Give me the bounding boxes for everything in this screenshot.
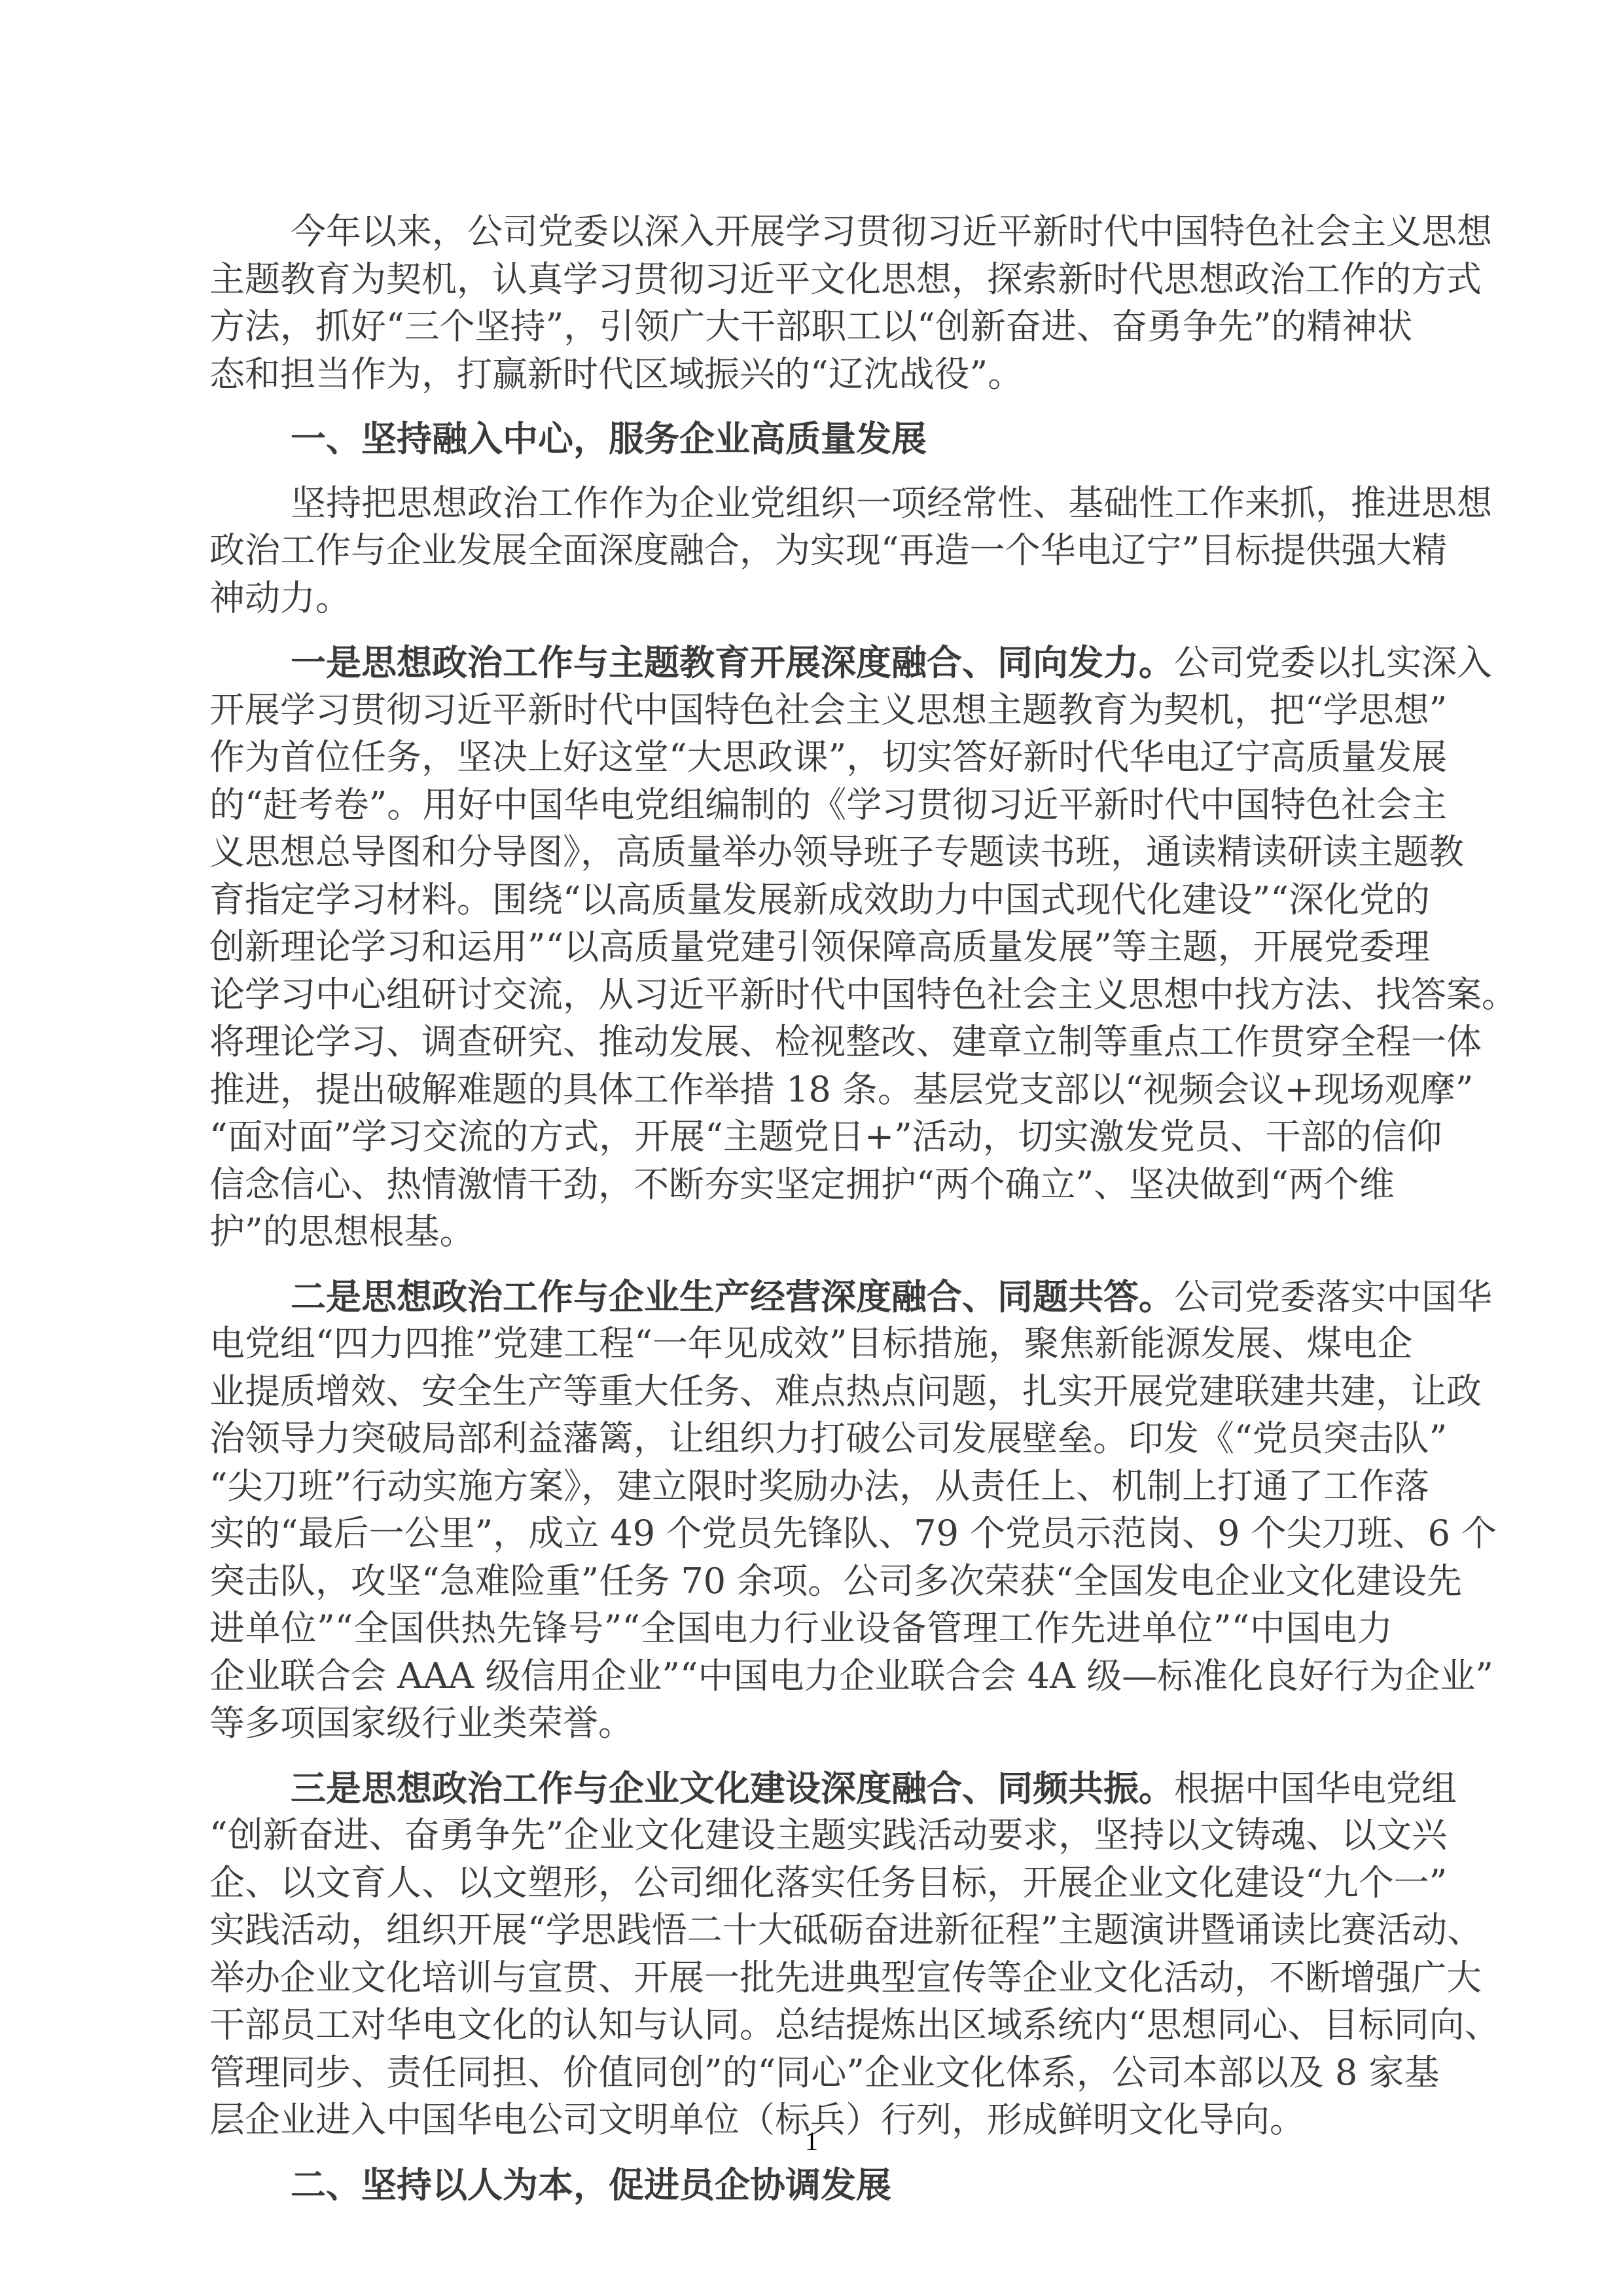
text-line: 创新理论学习和运用”“以高质量党建引领保障高质量发展”等主题，开展党委理 bbox=[209, 924, 1393, 971]
text-line: 态和担当作为，打赢新时代区域振兴的“辽沈战役”。 bbox=[209, 351, 1393, 399]
text-line: 三是思想政治工作与企业文化建设深度融合、同频共振。根据中国华电党组 bbox=[209, 1765, 1393, 1812]
text-line: 电党组“四力四推”党建工程“一年见成效”目标措施，聚焦新能源发展、煤电企 bbox=[209, 1320, 1393, 1368]
text-line: 推进，提出破解难题的具体工作举措 18 条。基层党支部以“视频会议+现场观摩” bbox=[209, 1066, 1393, 1114]
lead-sentence: 三是思想政治工作与企业文化建设深度融合、同频共振。 bbox=[291, 1767, 1174, 1809]
text-line: 举办企业文化培训与宣贯、开展一批先进典型宣传等企业文化活动，不断增强广大 bbox=[209, 1954, 1393, 2002]
text-line: 干部员工对华电文化的认知与认同。总结提炼出区域系统内“思想同心、目标同向、 bbox=[209, 2001, 1393, 2049]
body-text: 今年以来，公司党委以深入开展学习贯彻习近平新时代中国特色社会主义思想 主题教育为… bbox=[209, 208, 1393, 2208]
point-one-paragraph: 一是思想政治工作与主题教育开展深度融合、同向发力。公司党委以扎实深入 开展学习贯… bbox=[209, 639, 1393, 1256]
heading-text: 一、坚持融入中心，服务企业高质量发展 bbox=[209, 415, 1393, 463]
text-line: 论学习中心组研讨交流，从习近平新时代中国特色社会主义思想中找方法、找答案。 bbox=[209, 971, 1393, 1019]
text-line: 坚持把思想政治工作作为企业党组织一项经常性、基础性工作来抓，推进思想 bbox=[209, 480, 1393, 528]
text-line: “创新奋进、奋勇争先”企业文化建设主题实践活动要求，坚持以文铸魂、以文兴 bbox=[209, 1812, 1393, 1859]
text-line: 实践活动，组织开展“学思践悟二十大砥砺奋进新征程”主题演讲暨诵读比赛活动、 bbox=[209, 1907, 1393, 1954]
heading-text: 二、坚持以人为本，促进员企协调发展 bbox=[209, 2161, 1393, 2209]
text-line: 一是思想政治工作与主题教育开展深度融合、同向发力。公司党委以扎实深入 bbox=[209, 639, 1393, 687]
page-number: 1 bbox=[0, 2126, 1623, 2157]
text-line: 治领导力突破局部利益藩篱，让组织力打破公司发展壁垒。印发《“党员突击队” bbox=[209, 1415, 1393, 1463]
text-line: 方法，抓好“三个坚持”，引领广大干部职工以“创新奋进、奋勇争先”的精神状 bbox=[209, 303, 1393, 351]
text-line: 主题教育为契机，认真学习贯彻习近平文化思想，探索新时代思想政治工作的方式 bbox=[209, 256, 1393, 304]
intro-paragraph: 今年以来，公司党委以深入开展学习贯彻习近平新时代中国特色社会主义思想 主题教育为… bbox=[209, 208, 1393, 398]
text-line: 企、以文育人、以文塑形，公司细化落实任务目标，开展企业文化建设“九个一” bbox=[209, 1859, 1393, 1907]
text-line: 开展学习贯彻习近平新时代中国特色社会主义思想主题教育为契机，把“学思想” bbox=[209, 687, 1393, 734]
text-line: 实的“最后一公里”，成立 49 个党员先锋队、79 个党员示范岗、9 个尖刀班、… bbox=[209, 1510, 1393, 1558]
text-run: 公司党委落实中国华 bbox=[1174, 1276, 1492, 1318]
section-heading-2: 二、坚持以人为本，促进员企协调发展 bbox=[209, 2161, 1393, 2209]
text-line: 进单位”“全国供热先锋号”“全国电力行业设备管理工作先进单位”“中国电力 bbox=[209, 1605, 1393, 1653]
text-line: “面对面”学习交流的方式，开展“主题党日+”活动，切实激发党员、干部的信仰 bbox=[209, 1113, 1393, 1161]
text-line: 业提质增效、安全生产等重大任务、难点热点问题，扎实开展党建联建共建，让政 bbox=[209, 1368, 1393, 1416]
text-run: 公司党委以扎实深入 bbox=[1174, 642, 1492, 683]
text-line: 企业联合会 AAA 级信用企业”“中国电力企业联合会 4A 级—标准化良好行为企… bbox=[209, 1653, 1393, 1700]
document-page: 今年以来，公司党委以深入开展学习贯彻习近平新时代中国特色社会主义思想 主题教育为… bbox=[0, 0, 1623, 2296]
lead-sentence: 二是思想政治工作与企业生产经营深度融合、同题共答。 bbox=[291, 1276, 1174, 1318]
point-three-paragraph: 三是思想政治工作与企业文化建设深度融合、同频共振。根据中国华电党组 “创新奋进、… bbox=[209, 1765, 1393, 2144]
text-line: 等多项国家级行业类荣誉。 bbox=[209, 1700, 1393, 1748]
text-line: 义思想总导图和分导图》，高质量举办领导班子专题读书班，通读精读研读主题教 bbox=[209, 829, 1393, 876]
text-line: 今年以来，公司党委以深入开展学习贯彻习近平新时代中国特色社会主义思想 bbox=[209, 208, 1393, 256]
text-line: 神动力。 bbox=[209, 575, 1393, 622]
text-line: “尖刀班”行动实施方案》，建立限时奖励办法，从责任上、机制上打通了工作落 bbox=[209, 1463, 1393, 1511]
section-1-intro-paragraph: 坚持把思想政治工作作为企业党组织一项经常性、基础性工作来抓，推进思想 政治工作与… bbox=[209, 480, 1393, 622]
text-line: 政治工作与企业发展全面深度融合，为实现“再造一个华电辽宁”目标提供强大精 bbox=[209, 527, 1393, 575]
text-line: 的“赶考卷”。用好中国华电党组编制的《学习贯彻习近平新时代中国特色社会主 bbox=[209, 781, 1393, 829]
section-heading-1: 一、坚持融入中心，服务企业高质量发展 bbox=[209, 415, 1393, 463]
text-line: 护”的思想根基。 bbox=[209, 1208, 1393, 1256]
text-line: 信念信心、热情激情干劲，不断夯实坚定拥护“两个确立”、坚决做到“两个维 bbox=[209, 1161, 1393, 1209]
text-line: 突击队，攻坚“急难险重”任务 70 余项。公司多次荣获“全国发电企业文化建设先 bbox=[209, 1558, 1393, 1605]
text-line: 作为首位任务，坚决上好这堂“大思政课”，切实答好新时代华电辽宁高质量发展 bbox=[209, 734, 1393, 781]
lead-sentence: 一是思想政治工作与主题教育开展深度融合、同向发力。 bbox=[291, 641, 1174, 683]
text-line: 管理同步、责任同担、价值同创”的“同心”企业文化体系，公司本部以及 8 家基 bbox=[209, 2049, 1393, 2097]
text-line: 二是思想政治工作与企业生产经营深度融合、同题共答。公司党委落实中国华 bbox=[209, 1273, 1393, 1321]
text-line: 育指定学习材料。围绕“以高质量发展新成效助力中国式现代化建设”“深化党的 bbox=[209, 876, 1393, 924]
text-line: 将理论学习、调查研究、推动发展、检视整改、建章立制等重点工作贯穿全程一体 bbox=[209, 1018, 1393, 1066]
text-run: 根据中国华电党组 bbox=[1174, 1768, 1457, 1809]
point-two-paragraph: 二是思想政治工作与企业生产经营深度融合、同题共答。公司党委落实中国华 电党组“四… bbox=[209, 1273, 1393, 1748]
